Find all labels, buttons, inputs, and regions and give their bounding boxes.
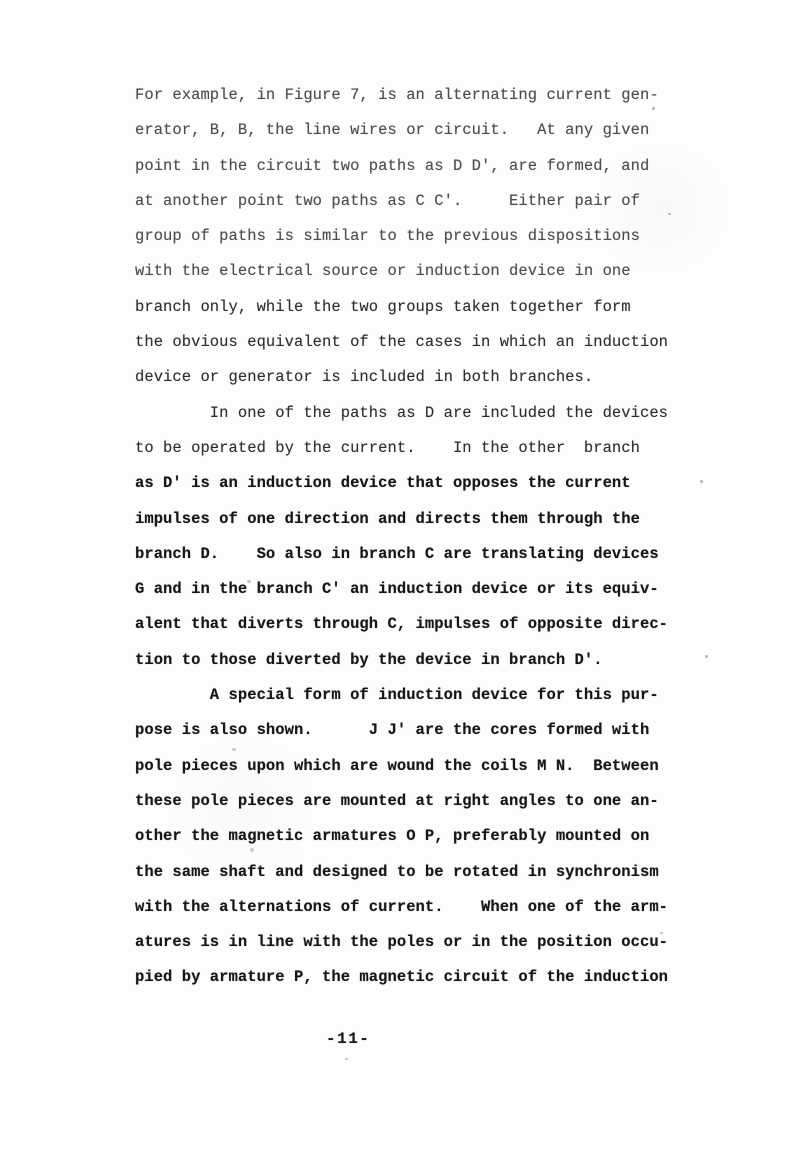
text-line: impulses of one direction and directs th… — [135, 502, 668, 537]
text-line: group of paths is similar to the previou… — [135, 219, 668, 254]
scan-speckle — [705, 655, 708, 658]
page-number: -11- — [326, 1030, 370, 1048]
text-line: to be operated by the current. In the ot… — [135, 431, 668, 466]
scan-speckle — [247, 580, 251, 583]
scan-speckle — [700, 480, 703, 483]
text-line: other the magnetic armatures O P, prefer… — [135, 819, 668, 854]
text-line: these pole pieces are mounted at right a… — [135, 784, 668, 819]
text-line: branch D. So also in branch C are transl… — [135, 537, 668, 572]
text-line: at another point two paths as C C'. Eith… — [135, 184, 668, 219]
document-page: For example, in Figure 7, is an alternat… — [0, 0, 807, 1155]
scan-speckle — [232, 748, 236, 751]
text-line: For example, in Figure 7, is an alternat… — [135, 78, 668, 113]
text-line: branch only, while the two groups taken … — [135, 290, 668, 325]
scan-speckle — [250, 848, 254, 852]
text-line: tion to those diverted by the device in … — [135, 643, 668, 678]
text-line: In one of the paths as D are included th… — [135, 396, 668, 431]
text-line: pied by armature P, the magnetic circuit… — [135, 960, 668, 995]
scan-speckle — [345, 1058, 348, 1060]
text-line: alent that diverts through C, impulses o… — [135, 607, 668, 642]
text-line: point in the circuit two paths as D D', … — [135, 149, 668, 184]
typewritten-text-block: For example, in Figure 7, is an alternat… — [135, 78, 668, 996]
scan-speckle — [652, 107, 655, 110]
text-line: the same shaft and designed to be rotate… — [135, 855, 668, 890]
scan-speckle — [660, 932, 663, 934]
text-line: with the electrical source or induction … — [135, 254, 668, 289]
scan-speckle — [668, 213, 671, 215]
text-line: device or generator is included in both … — [135, 360, 668, 395]
text-line: atures is in line with the poles or in t… — [135, 925, 668, 960]
text-line: G and in the branch C' an induction devi… — [135, 572, 668, 607]
scanned-document-screenshot: { "page": { "number_label": "-11-", "lin… — [0, 0, 807, 1155]
text-line: A special form of induction device for t… — [135, 678, 668, 713]
text-line: with the alternations of current. When o… — [135, 890, 668, 925]
text-line: the obvious equivalent of the cases in w… — [135, 325, 668, 360]
text-line: pose is also shown. J J' are the cores f… — [135, 713, 668, 748]
text-line: as D' is an induction device that oppose… — [135, 466, 668, 501]
text-line: erator, B, B, the line wires or circuit.… — [135, 113, 668, 148]
text-line: pole pieces upon which are wound the coi… — [135, 749, 668, 784]
